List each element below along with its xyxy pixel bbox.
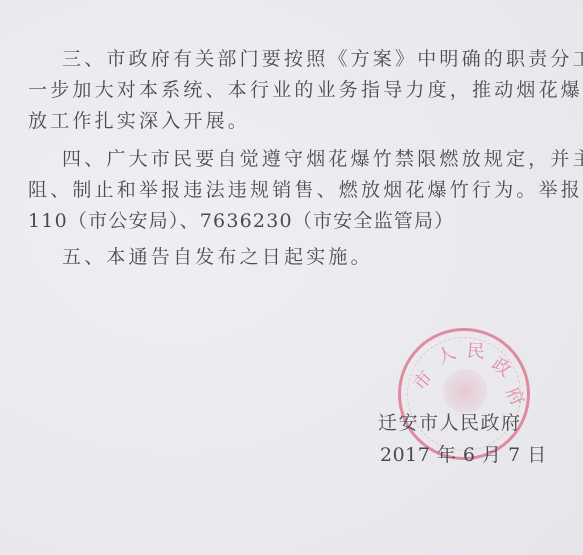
paragraph-4-line-3-phone-numbers: 110（市公安局）、7636230（市安全监管局） <box>28 209 454 233</box>
paragraph-4-line-1: 四、广大市民要自觉遵守烟花爆竹禁限燃放规定，并主动劝 <box>62 147 583 171</box>
paragraph-4-line-2: 阻、制止和举报违法违规销售、燃放烟花爆竹行为。举报电话： <box>28 178 583 202</box>
document-page: 三、市政府有关部门要按照《方案》中明确的职责分工，进 一步加大对本系统、本行业的… <box>0 0 583 555</box>
paragraph-3-line-3: 放工作扎实深入开展。 <box>28 109 250 133</box>
issue-date: 2017 年 6 月 7 日 <box>380 440 547 467</box>
paragraph-5-line-1: 五、本通告自发布之日起实施。 <box>62 245 373 269</box>
issuer-name: 迁安市人民政府 <box>378 408 522 435</box>
national-emblem-icon <box>443 369 487 413</box>
paragraph-3-line-1: 三、市政府有关部门要按照《方案》中明确的职责分工，进 <box>62 47 583 71</box>
paragraph-3-line-2: 一步加大对本系统、本行业的业务指导力度，推动烟花爆竹禁限 <box>28 78 583 102</box>
seal-char-3: 民 <box>466 336 486 363</box>
